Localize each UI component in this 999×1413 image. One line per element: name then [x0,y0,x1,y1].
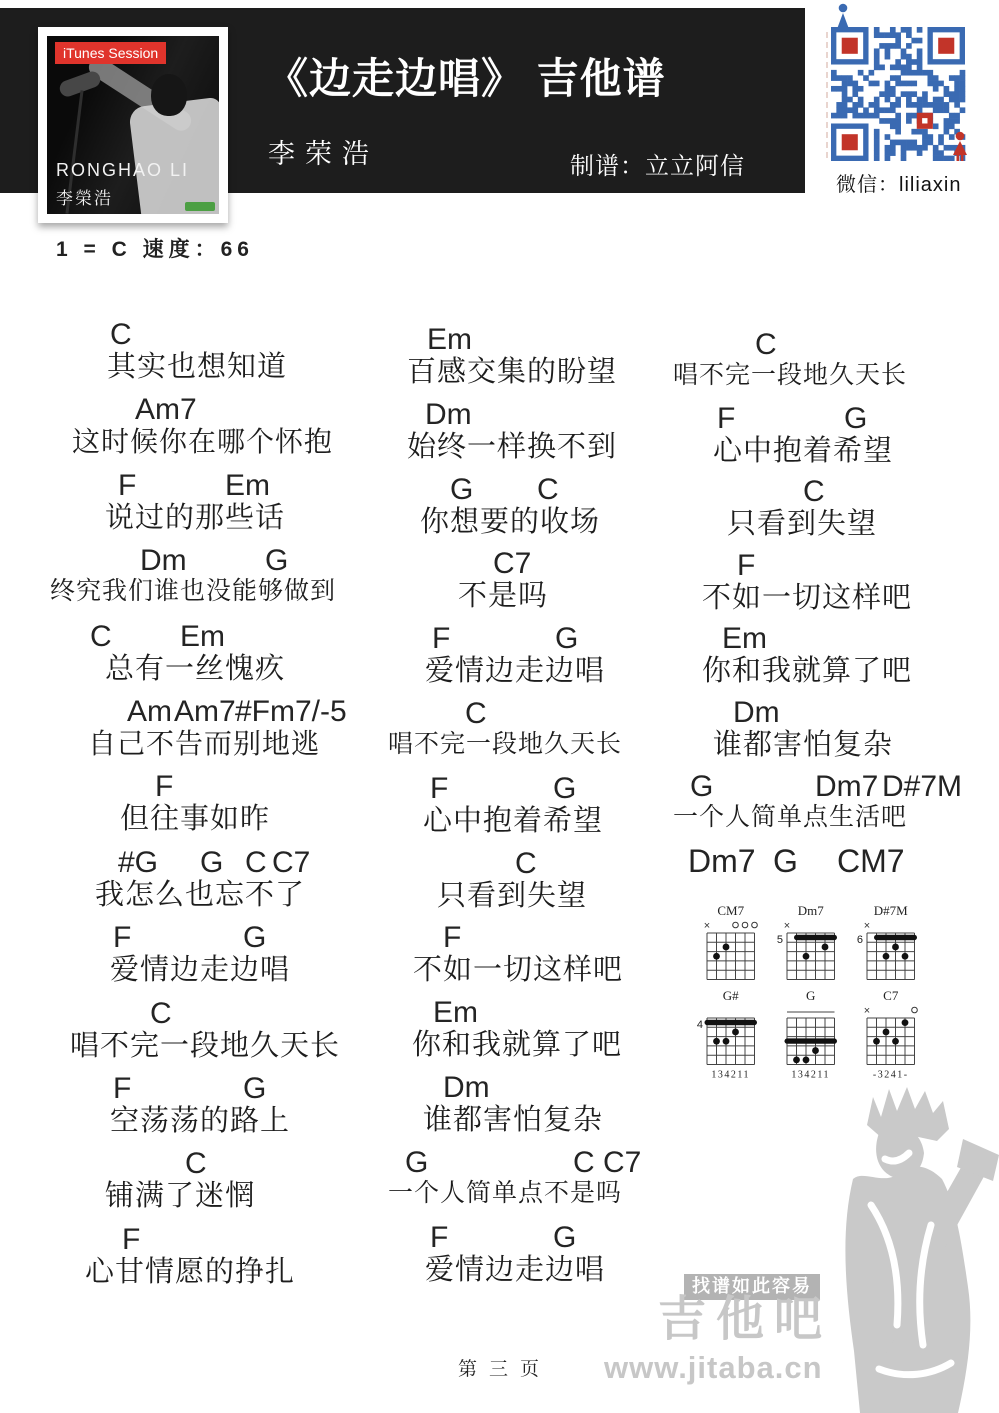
chord-label: G [553,1223,576,1253]
lyric-line: 不如一切这样吧 [413,956,623,985]
chord-label: Em [433,998,478,1028]
qr-code [831,27,967,161]
chord-label: Am7 [135,395,197,425]
chord-label: C [465,699,487,729]
chord-label: F [443,923,461,953]
svg-text:5: 5 [777,934,783,946]
lyric-line: 唱不完一段地久天长 [673,363,907,388]
lyric-line: 始终一样换不到 [407,433,617,462]
svg-text:×: × [704,920,710,932]
chord-label: C7 [603,1148,641,1178]
chord-label: Em [180,622,225,652]
chord-label: F [737,551,755,581]
chord-label: F [113,1074,131,1104]
lyric-line: 一个人简单点不是吗 [388,1181,622,1206]
watermark-site-url: www.jitaba.cn [604,1352,823,1383]
lyric-line: 这时候你在哪个怀抱 [72,428,333,456]
lyric-line: 心中抱着希望 [423,807,603,836]
chord-label: G [844,404,867,434]
chord-label: C [150,999,172,1029]
chord-label: C7 [272,848,310,878]
lyric-line: 只看到失望 [437,882,587,911]
lyric-line: 爱情边走边唱 [425,657,605,686]
singer-head-shape [151,74,187,116]
chord-label: C [185,1149,207,1179]
lyric-line: 自己不告而别地逃 [88,730,320,758]
lyric-line: 爱情边走边唱 [425,1256,605,1285]
chord-label: C7 [493,549,531,579]
chord-label: F [155,772,173,802]
guitarist-silhouette [809,1083,999,1413]
chord-label: #Fm7/-5 [235,697,347,727]
person-icon-blue [834,3,852,29]
watermark-brand: 吉他吧 [658,1296,832,1344]
svg-text:D#7M: D#7M [874,903,908,918]
svg-text:×: × [864,1005,870,1017]
chord-label: C [110,320,132,350]
artist-name: 李荣浩 [268,141,379,168]
chord-label: G [553,774,576,804]
chord-label: Dm [443,1073,490,1103]
transcriber-credit: 制谱：立立阿信 [570,155,745,179]
chord-label: F [432,624,450,654]
chord-label: C [245,848,267,878]
chord-label: D#7M [882,772,962,802]
lyric-line: 空荡荡的路上 [110,1107,290,1136]
chord-label: F [113,923,131,953]
page-number: 第三页 [458,1360,551,1379]
chord-label: G [555,624,578,654]
chord-diagram-D#7M: D#7M×6 [853,903,931,999]
chord-label: #G [118,848,158,878]
page-title: 《边走边唱》 吉他谱 [266,58,666,100]
chord-label: G [405,1148,428,1178]
chord-label: Dm7 [815,772,878,802]
lyric-line: 说过的那些话 [105,504,285,533]
lyric-line: 一个人简单点生活吧 [673,805,907,830]
chord-label: G [773,845,798,877]
svg-text:4: 4 [697,1019,703,1031]
album-photo: iTunes Session RONGHAO LI 李榮浩 [47,36,219,214]
lyric-line: 你和我就算了吧 [412,1031,622,1060]
qr-sticker-edge [826,32,828,158]
chord-label: Dm [425,400,472,430]
lyric-line: 唱不完一段地久天长 [70,1032,340,1061]
chord-label: C [755,330,777,360]
lyric-line: 谁都害怕复杂 [423,1106,603,1135]
chord-diagram-G: G134211 [773,988,851,1084]
chord-label: Am [127,697,172,727]
lyric-line: 心中抱着希望 [713,437,893,466]
svg-text:134211: 134211 [791,1070,830,1081]
chord-label: Em [225,471,270,501]
lyric-line: 铺满了迷惘 [105,1182,255,1211]
chord-label: G [265,546,288,576]
cover-artist-tc: 李榮浩 [56,184,113,209]
chord-label: C [573,1148,595,1178]
wechat-id: 微信：liliaxin [836,168,961,197]
key-tempo: 1 = C 速度：66 [56,233,254,263]
page: iTunes Session RONGHAO LI 李榮浩 《边走边唱》 吉他谱… [0,0,999,1413]
lyric-line: 谁都害怕复杂 [713,731,893,760]
chord-label: C [537,475,559,505]
lyric-line: 只看到失望 [727,510,877,539]
chord-label: F [122,1225,140,1255]
chord-label: F [430,1223,448,1253]
lyric-line: 唱不完一段地久天长 [388,732,622,757]
chord-label: Em [427,325,472,355]
chord-label: C [803,477,825,507]
svg-text:-3241-: -3241- [873,1070,909,1081]
chord-diagram-G#: G#4134211 [693,988,771,1084]
chord-label: Dm [140,546,187,576]
lyric-line: 其实也想知道 [107,353,287,382]
lyric-line: 爱情边走边唱 [110,956,290,985]
lyric-line: 但往事如昨 [120,805,270,834]
chord-label: G [690,772,713,802]
svg-text:C7: C7 [883,988,899,1003]
chord-label: Em [722,624,767,654]
lyric-line: 我怎么也忘不了 [95,881,305,910]
chord-diagram-CM7: CM7× [693,903,771,999]
svg-text:G: G [806,988,815,1003]
chord-label: G [243,1074,266,1104]
chord-diagram-Dm7: Dm7×5 [773,903,851,999]
chord-label: G [243,923,266,953]
chord-label: G [450,475,473,505]
lyric-line: 你想要的收场 [420,508,600,537]
svg-text:Dm7: Dm7 [798,903,825,918]
chord-label: Dm7 [688,845,756,877]
person-icon-red [950,131,970,161]
lyric-line: 终究我们谁也没能够做到 [50,579,336,604]
chord-label: F [717,404,735,434]
svg-text:G#: G# [723,988,739,1003]
chord-label: Am7 [174,697,236,727]
chord-label: C [515,849,537,879]
chord-label: F [430,774,448,804]
lyric-line: 你和我就算了吧 [702,657,912,686]
svg-text:CM7: CM7 [717,903,744,918]
lyric-line: 总有一丝愧疚 [105,655,285,684]
lyric-line: 不是吗 [458,582,548,611]
svg-text:6: 6 [857,934,863,946]
lyric-line: 不如一切这样吧 [702,584,912,613]
chord-label: Dm [733,698,780,728]
itunes-session-badge: iTunes Session [55,42,166,64]
lyric-line: 百感交集的盼望 [407,358,617,387]
svg-text:×: × [784,920,790,932]
chord-label: CM7 [837,845,905,877]
chord-label: F [118,471,136,501]
album-cover: iTunes Session RONGHAO LI 李榮浩 [38,27,228,223]
lyric-line: 心甘情愿的挣扎 [85,1258,295,1287]
cover-watermark [185,202,215,211]
chord-label: G [200,848,223,878]
svg-text:134211: 134211 [711,1070,750,1081]
chord-label: C [90,622,112,652]
svg-text:×: × [864,920,870,932]
cover-artist-en: RONGHAO LI [56,160,189,181]
chord-diagram-C7: C7×-3241- [853,988,931,1084]
